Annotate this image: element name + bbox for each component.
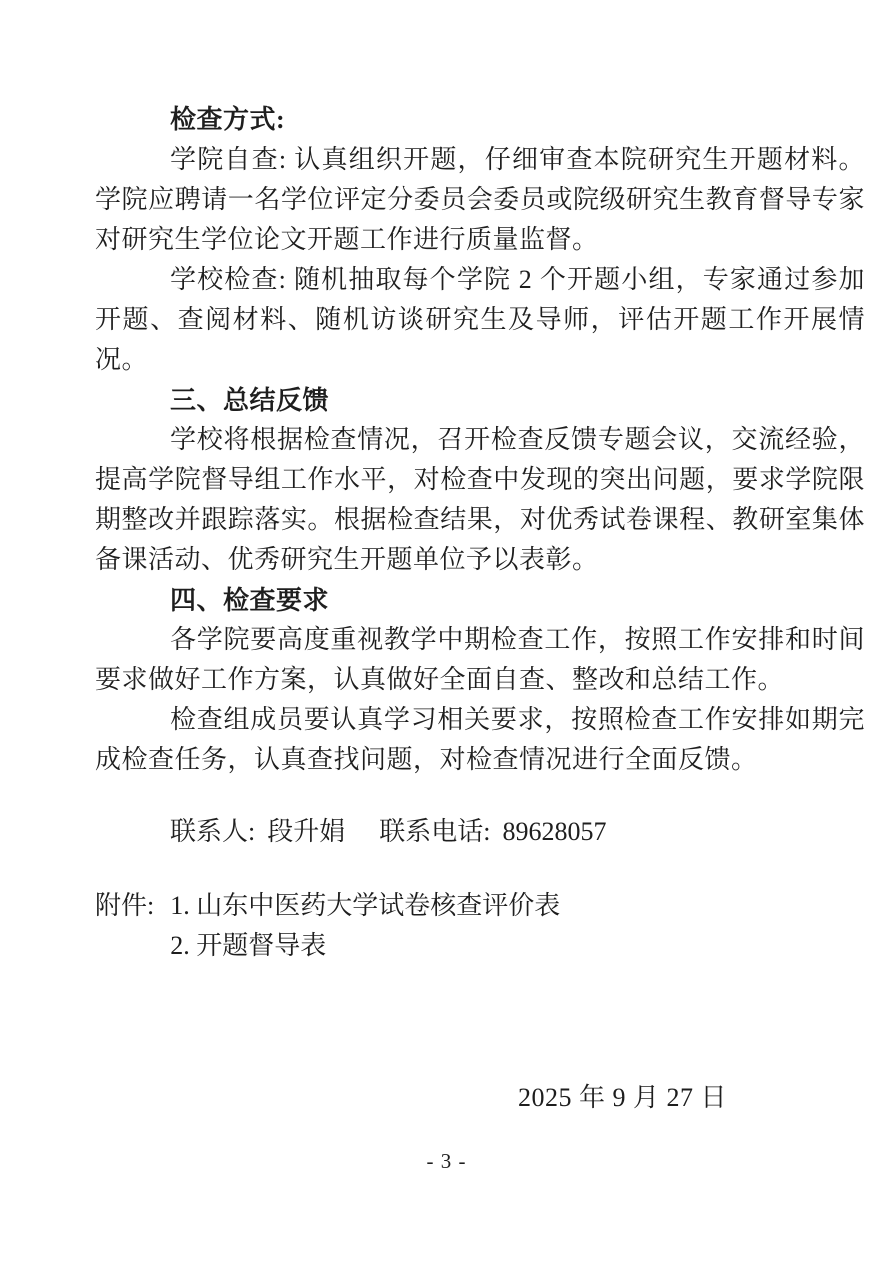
body-paragraph: 学院自查: 认真组织开题，仔细审查本院研究生开题材料。学院应聘请一名学位评定分委… bbox=[95, 140, 865, 260]
body-paragraph: 检查组成员要认真学习相关要求，按照检查工作安排如期完成检查任务，认真查找问题，对… bbox=[95, 700, 865, 780]
contact-phone-number: 89628057 bbox=[502, 817, 606, 846]
document-page: 检查方式:学院自查: 认真组织开题，仔细审查本院研究生开题材料。学院应聘请一名学… bbox=[0, 0, 893, 1263]
section-heading: 四、检查要求 bbox=[95, 580, 865, 620]
contact-phone-label: 联系电话: bbox=[379, 817, 490, 846]
document-content: 检查方式:学院自查: 认真组织开题，仔细审查本院研究生开题材料。学院应聘请一名学… bbox=[95, 100, 865, 1118]
attachment-item: 2. 开题督导表 bbox=[170, 926, 560, 966]
body-paragraph: 学校检查: 随机抽取每个学院 2 个开题小组，专家通过参加开题、查阅材料、随机访… bbox=[95, 260, 865, 380]
attachments-block: 附件: 1. 山东中医药大学试卷核查评价表2. 开题督导表 bbox=[95, 886, 865, 966]
body-paragraph: 学校将根据检查情况，召开检查反馈专题会议，交流经验，提高学院督导组工作水平，对检… bbox=[95, 420, 865, 580]
contact-person-name: 段升娟 bbox=[267, 817, 345, 846]
contact-line: 联系人:段升娟联系电话:89628057 bbox=[95, 812, 865, 852]
attachment-list: 1. 山东中医药大学试卷核查评价表2. 开题督导表 bbox=[170, 886, 560, 966]
contact-person-label: 联系人: bbox=[170, 817, 255, 846]
attachment-item: 1. 山东中医药大学试卷核查评价表 bbox=[170, 886, 560, 926]
document-date: 2025 年 9 月 27 日 bbox=[95, 1078, 865, 1118]
body-paragraph: 各学院要高度重视教学中期检查工作，按照工作安排和时间要求做好工作方案，认真做好全… bbox=[95, 620, 865, 700]
sections-container: 检查方式:学院自查: 认真组织开题，仔细审查本院研究生开题材料。学院应聘请一名学… bbox=[95, 100, 865, 780]
section-heading: 三、总结反馈 bbox=[95, 380, 865, 420]
attachments-label: 附件: bbox=[95, 886, 154, 926]
section-heading: 检查方式: bbox=[95, 100, 865, 140]
page-number: - 3 - bbox=[0, 1148, 893, 1174]
